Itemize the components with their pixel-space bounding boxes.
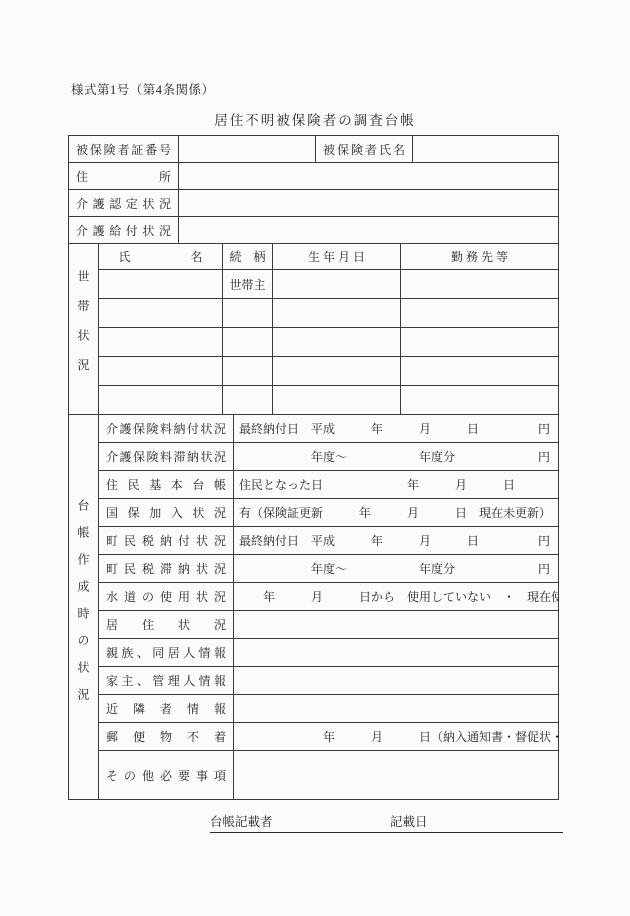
register-row: その他必要事項 [69,751,559,800]
household-birthdate-cell [273,357,401,386]
register-row-value [234,611,559,639]
household-row [69,386,559,415]
insured-number-field [179,136,316,163]
register-row: 親族、同居人情報 [69,639,559,667]
household-workplace-cell [401,270,559,299]
household-header-row: 世帯状況 氏 名 続 柄 生 年 月 日 勤 務 先 等 [69,244,559,270]
household-relation-cell [223,357,273,386]
register-row-value [234,667,559,695]
household-workplace-cell [401,299,559,328]
register-row-value [234,751,559,800]
form-number: 様式第1号（第4条関係） [71,80,215,98]
register-row: 介護保険料滞納状況 年度～ 年度分 円 [69,443,559,471]
register-row-label: 郵便物不着 [99,723,234,751]
household-relation-cell: 世帯主 [223,270,273,299]
household-workplace-cell [401,357,559,386]
table-row: 介護認定状況 [69,190,559,217]
register-row-label: 住民基本台帳 [99,471,234,499]
insured-name-label: 被保険者氏名 [316,136,413,163]
household-name-cell [99,299,223,328]
table-row: 介護給付状況 [69,217,559,244]
register-row-value [234,695,559,723]
household-birthdate-cell [273,386,401,415]
form-sheet: 様式第1号（第4条関係） 居住不明被保険者の調査台帳 被保険者証番号 被保険者氏… [0,0,630,916]
register-value-text: 年度～ 年度分 [239,448,455,465]
household-workplace-cell [401,386,559,415]
household-name-cell [99,328,223,357]
household-birthdate-cell [273,299,401,328]
household-header-name: 氏 名 [99,244,223,270]
insured-info-table: 被保険者証番号 被保険者氏名 住所 介護認定状況 介護給付状況 [68,135,559,244]
household-relation-cell [223,299,273,328]
register-row-label: 町民税滞納状況 [99,555,234,583]
register-row-value: 年度～ 年度分 円 [234,443,559,471]
care-certification-label: 介護認定状況 [69,190,179,217]
register-row-label: 水道の使用状況 [99,583,234,611]
register-vertical-label: 台帳作成時の状況 [69,415,99,800]
register-row: 郵便物不着 年 月 日（納入通知書・督促状・ ） [69,723,559,751]
register-value-suffix: 円 [538,420,550,437]
register-row-value: 年 月 日（納入通知書・督促状・ ） [234,723,559,751]
household-row: 世帯主 [69,270,559,299]
register-row-label: 町民税納付状況 [99,527,234,555]
address-label: 住所 [69,163,179,190]
household-vertical-label: 世帯状況 [69,244,99,415]
household-header-workplace: 勤 務 先 等 [401,244,559,270]
register-row-value: 住民となった日 年 月 日 [234,471,559,499]
household-header-birthdate: 生 年 月 日 [273,244,401,270]
register-row-label: 介護保険料滞納状況 [99,443,234,471]
household-relation-cell [223,328,273,357]
insured-name-field [413,136,559,163]
register-table: 台帳作成時の状況 介護保険料納付状況 最終納付日 平成 年 月 日 円 介護保険… [68,414,559,800]
household-name-cell [99,386,223,415]
household-table: 世帯状況 氏 名 続 柄 生 年 月 日 勤 務 先 等 世帯主 [68,243,559,415]
register-row: 国保加入状況 有（保険証更新 年 月 日 現在未更新） ・ 無 [69,499,559,527]
page-title: 居住不明被保険者の調査台帳 [0,109,630,129]
table-row: 住所 [69,163,559,190]
register-value-text: 年度～ 年度分 [239,560,455,577]
register-value-suffix: 円 [538,532,550,549]
register-row-label: 介護保険料納付状況 [99,415,234,443]
register-row-value: 年度～ 年度分 円 [234,555,559,583]
register-value-text: 有（保険証更新 年 月 日 現在未更新） ・ 無 [239,504,559,521]
register-row: 台帳作成時の状況 介護保険料納付状況 最終納付日 平成 年 月 日 円 [69,415,559,443]
register-row-label: 居住状況 [99,611,234,639]
household-birthdate-cell [273,328,401,357]
register-row: 住民基本台帳 住民となった日 年 月 日 [69,471,559,499]
household-relation-cell [223,386,273,415]
register-row-label: その他必要事項 [99,751,234,800]
household-row [69,299,559,328]
register-row: 居住状況 [69,611,559,639]
care-certification-field [179,190,559,217]
household-name-cell [99,270,223,299]
recorder-label: 台帳記載者 [210,812,273,830]
register-value-suffix: 円 [538,560,550,577]
register-row-value: 年 月 日から 使用していない ・ 現在使用中 [234,583,559,611]
form-tables: 被保険者証番号 被保険者氏名 住所 介護認定状況 介護給付状況 世帯状況 [68,135,559,800]
register-value-text: 最終納付日 平成 年 月 日 [239,532,479,549]
household-row [69,328,559,357]
register-value-text: 最終納付日 平成 年 月 日 [239,420,479,437]
register-value-text: 年 月 日（納入通知書・督促状・ ） [239,728,559,745]
record-date-label: 記載日 [390,812,428,830]
household-name-cell [99,357,223,386]
register-value-text: 住民となった日 年 月 日 [239,476,515,493]
register-value-suffix: 円 [538,448,550,465]
register-row-value: 最終納付日 平成 年 月 日 円 [234,527,559,555]
register-row-label: 家主、管理人情報 [99,667,234,695]
register-row: 水道の使用状況 年 月 日から 使用していない ・ 現在使用中 [69,583,559,611]
footer-signature-line: 台帳記載者 記載日 [210,810,563,833]
household-birthdate-cell [273,270,401,299]
insured-number-label: 被保険者証番号 [69,136,179,163]
register-value-text: 年 月 日から 使用していない ・ 現在使用中 [239,588,559,605]
register-row: 町民税滞納状況 年度～ 年度分 円 [69,555,559,583]
address-field [179,163,559,190]
register-row-value: 最終納付日 平成 年 月 日 円 [234,415,559,443]
register-row: 町民税納付状況 最終納付日 平成 年 月 日 円 [69,527,559,555]
register-row-label: 国保加入状況 [99,499,234,527]
table-row: 被保険者証番号 被保険者氏名 [69,136,559,163]
register-row: 家主、管理人情報 [69,667,559,695]
care-benefit-label: 介護給付状況 [69,217,179,244]
register-row: 近隣者情報 [69,695,559,723]
care-benefit-field [179,217,559,244]
register-row-label: 近隣者情報 [99,695,234,723]
household-header-relation: 続 柄 [223,244,273,270]
household-workplace-cell [401,328,559,357]
register-row-value [234,639,559,667]
register-row-label: 親族、同居人情報 [99,639,234,667]
household-row [69,357,559,386]
register-row-value: 有（保険証更新 年 月 日 現在未更新） ・ 無 [234,499,559,527]
